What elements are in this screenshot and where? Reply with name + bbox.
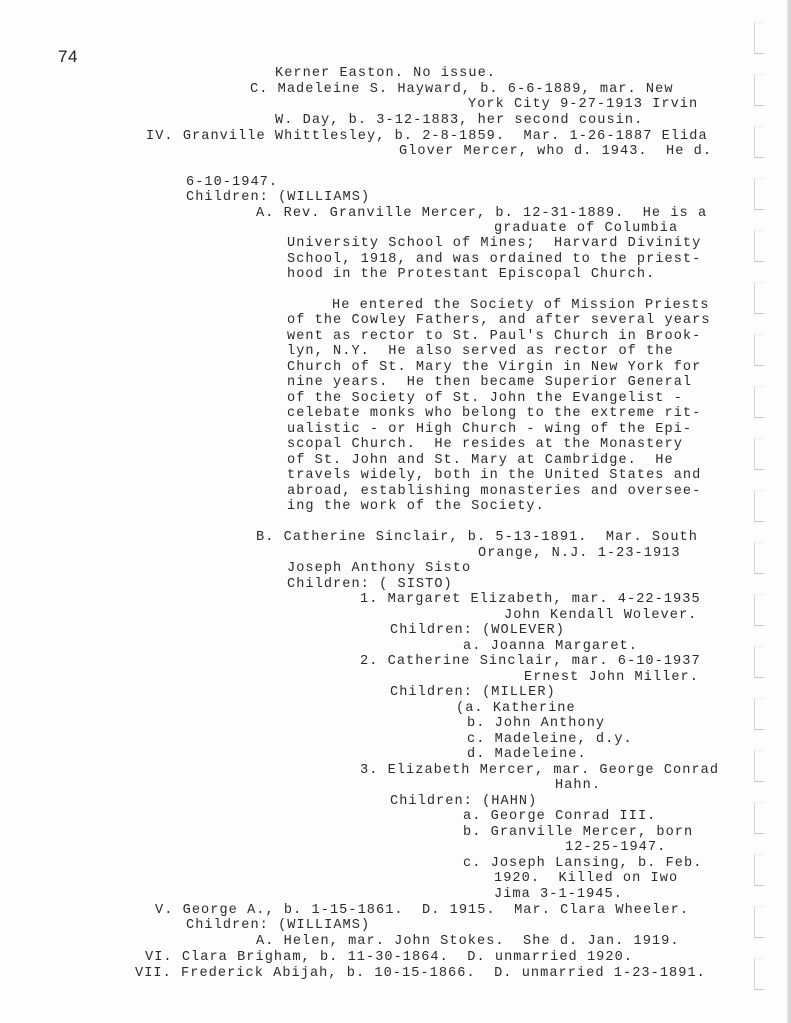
text-line: Ernest John Miller. — [524, 670, 699, 685]
text-line: John Kendall Wolever. — [504, 608, 697, 623]
text-line: VI. Clara Brigham, b. 11-30-1864. D. unm… — [145, 950, 633, 965]
margin-tab-mark — [754, 698, 764, 730]
margin-tab-mark — [754, 334, 764, 366]
text-line: Hahn. — [555, 778, 601, 793]
margin-tab-mark — [754, 126, 764, 158]
text-line: went as rector to St. Paul's Church in B… — [287, 329, 701, 344]
text-line: Children: (WOLEVER) — [390, 623, 565, 638]
text-line: 2. Catherine Sinclair, mar. 6-10-1937 — [360, 654, 701, 669]
text-line: of St. John and St. Mary at Cambridge. H… — [287, 453, 674, 468]
text-line: b. John Anthony — [467, 716, 605, 731]
page-number: 74 — [58, 47, 78, 67]
text-line: celebate monks who belong to the extreme… — [287, 406, 701, 421]
text-line: travels widely, both in the United State… — [287, 468, 701, 483]
margin-tab-mark — [754, 854, 764, 886]
margin-tab-mark — [754, 542, 764, 574]
text-line: 1920. Killed on Iwo — [494, 871, 678, 886]
text-line: 3. Elizabeth Mercer, mar. George Conrad — [360, 763, 719, 778]
text-line: d. Madeleine. — [467, 747, 587, 762]
text-line: W. Day, b. 3-12-1883, her second cousin. — [275, 113, 643, 128]
text-line: V. George A., b. 1-15-1861. D. 1915. Mar… — [155, 903, 689, 918]
margin-tab-mark — [754, 646, 764, 678]
text-line: c. Joseph Lansing, b. Feb. — [463, 856, 702, 871]
text-line: 6-10-1947. — [186, 175, 278, 190]
margin-tab-mark — [754, 386, 764, 418]
page-right-edge — [787, 0, 791, 1023]
text-line: A. Helen, mar. John Stokes. She d. Jan. … — [256, 934, 680, 949]
text-line: IV. Granville Whittlesley, b. 2-8-1859. … — [146, 129, 708, 144]
text-line: graduate of Columbia — [494, 221, 678, 236]
margin-tab-mark — [754, 594, 764, 626]
text-line: lyn, N.Y. He also served as rector of th… — [287, 344, 674, 359]
text-line: ualistic - or High Church - wing of the … — [287, 422, 692, 437]
text-line: Church of St. Mary the Virgin in New Yor… — [287, 360, 701, 375]
text-line: B. Catherine Sinclair, b. 5-13-1891. Mar… — [256, 530, 698, 545]
margin-tab-mark — [754, 22, 764, 54]
text-line: University School of Mines; Harvard Divi… — [287, 236, 701, 251]
text-line: Kerner Easton. No issue. — [275, 66, 496, 81]
text-line: Children: (WILLIAMS) — [186, 190, 370, 205]
text-line: scopal Church. He resides at the Monaste… — [287, 437, 683, 452]
margin-tab-mark — [754, 750, 764, 782]
text-line: of the Cowley Fathers, and after several… — [287, 313, 711, 328]
text-line: School, 1918, and was ordained to the pr… — [287, 252, 701, 267]
text-line: Children: (HAHN) — [390, 794, 537, 809]
text-line: Jima 3-1-1945. — [494, 887, 623, 902]
text-line: (a. Katherine — [456, 701, 576, 716]
margin-tab-mark — [754, 74, 764, 106]
margin-tab-mark — [754, 490, 764, 522]
text-line: a. Joanna Margaret. — [463, 639, 638, 654]
margin-tab-mark — [754, 282, 764, 314]
text-line: VII. Frederick Abijah, b. 10-15-1866. D.… — [135, 966, 706, 981]
text-line: Orange, N.J. 1-23-1913 — [478, 546, 681, 561]
text-line: nine years. He then became Superior Gene… — [287, 375, 692, 390]
text-line: Children: (WILLIAMS) — [186, 918, 370, 933]
margin-tab-mark — [754, 958, 764, 990]
text-line: Children: (MILLER) — [390, 685, 556, 700]
text-line: C. Madeleine S. Hayward, b. 6-6-1889, ma… — [250, 82, 674, 97]
text-line: of the Society of St. John the Evangelis… — [287, 391, 683, 406]
margin-tab-mark — [754, 178, 764, 210]
text-line: 1. Margaret Elizabeth, mar. 4-22-1935 — [360, 592, 701, 607]
text-line: 12-25-1947. — [565, 840, 666, 855]
text-line: hood in the Protestant Episcopal Church. — [287, 267, 655, 282]
margin-tab-mark — [754, 438, 764, 470]
text-line: York City 9-27-1913 Irvin — [468, 97, 698, 112]
margin-tab-mark — [754, 906, 764, 938]
text-line: c. Madeleine, d.y. — [467, 732, 633, 747]
document-page: 74 Kerner Easton. No issue.C. Madeleine … — [0, 0, 791, 1023]
text-line: He entered the Society of Mission Priest… — [332, 298, 710, 313]
text-line: abroad, establishing monasteries and ove… — [287, 484, 701, 499]
margin-tab-mark — [754, 802, 764, 834]
text-line: A. Rev. Granville Mercer, b. 12-31-1889.… — [256, 206, 707, 221]
text-line: Children: ( SISTO) — [287, 577, 453, 592]
text-line: Glover Mercer, who d. 1943. He d. — [399, 144, 712, 159]
text-line: ing the work of the Society. — [287, 499, 545, 514]
text-line: Joseph Anthony Sisto — [287, 561, 471, 576]
text-line: b. Granville Mercer, born — [463, 825, 693, 840]
margin-tab-mark — [754, 230, 764, 262]
text-line: a. George Conrad III. — [463, 809, 656, 824]
